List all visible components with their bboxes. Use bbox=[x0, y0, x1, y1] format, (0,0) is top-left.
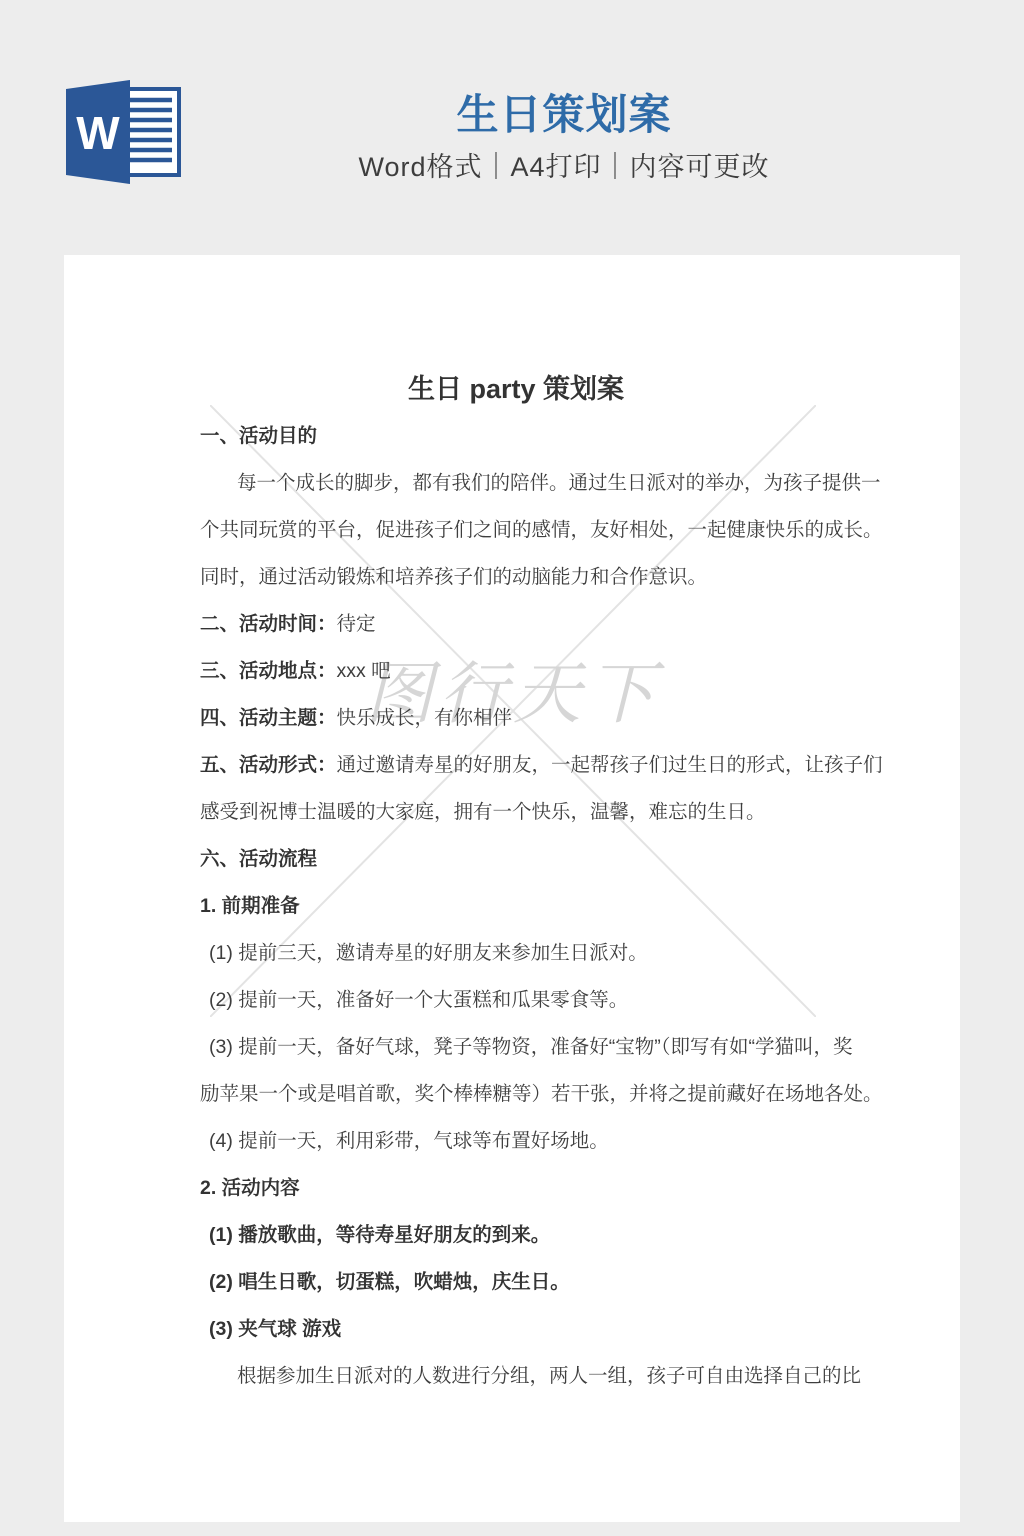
doc-line: 每一个成长的脚步，都有我们的陪伴。通过生日派对的举办，为孩子提供一 bbox=[200, 460, 848, 507]
text-run: 待定 bbox=[337, 613, 376, 635]
doc-line: 一、活动目的 bbox=[200, 413, 848, 460]
text-run: 二、活动时间： bbox=[200, 613, 337, 635]
text-run: 四、活动主题： bbox=[200, 707, 337, 729]
text-run: 快乐成长，有你相伴 bbox=[337, 707, 513, 729]
doc-line: (1) 播放歌曲，等待寿星好朋友的到来。 bbox=[200, 1212, 848, 1259]
text-run: (3) 提前一天，备好气球，凳子等物资，准备好“宝物”（即写有如“学猫叫，奖 bbox=[209, 1036, 852, 1058]
doc-line: (3) 提前一天，备好气球，凳子等物资，准备好“宝物”（即写有如“学猫叫，奖 bbox=[200, 1024, 848, 1071]
text-run: (1) 提前三天，邀请寿星的好朋友来参加生日派对。 bbox=[209, 942, 648, 964]
doc-line: 四、活动主题：快乐成长，有你相伴 bbox=[200, 695, 848, 742]
header-text-block: 生日策划案 Word格式｜A4打印｜内容可更改 bbox=[104, 92, 1024, 182]
text-run: (2) 提前一天，准备好一个大蛋糕和瓜果零食等。 bbox=[209, 989, 628, 1011]
header-title: 生日策划案 bbox=[104, 92, 1024, 138]
doc-line: (2) 提前一天，准备好一个大蛋糕和瓜果零食等。 bbox=[200, 977, 848, 1024]
document-page: 图行天下 生日 party 策划案 一、活动目的每一个成长的脚步，都有我们的陪伴… bbox=[64, 255, 960, 1522]
text-run: 根据参加生日派对的人数进行分组，两人一组，孩子可自由选择自己的比 bbox=[237, 1365, 861, 1387]
doc-line: (1) 提前三天，邀请寿星的好朋友来参加生日派对。 bbox=[200, 930, 848, 977]
doc-body: 一、活动目的每一个成长的脚步，都有我们的陪伴。通过生日派对的举办，为孩子提供一个… bbox=[200, 413, 848, 1400]
text-run: 励苹果一个或是唱首歌，奖个棒棒糖等）若干张，并将之提前藏好在场地各处。 bbox=[200, 1083, 883, 1105]
text-run: 2. 活动内容 bbox=[200, 1177, 300, 1199]
header-subtitle: Word格式｜A4打印｜内容可更改 bbox=[104, 152, 1024, 182]
text-run: 六、活动流程 bbox=[200, 848, 317, 870]
template-preview-page: W 生日策划案 Word格式｜A4打印｜内容可更改 图行天下 生日 party … bbox=[0, 0, 1024, 1536]
text-run: 同时，通过活动锻炼和培养孩子们的动脑能力和合作意识。 bbox=[200, 566, 707, 588]
text-run: 每一个成长的脚步，都有我们的陪伴。通过生日派对的举办，为孩子提供一 bbox=[237, 472, 881, 494]
text-run: 个共同玩赏的平台，促进孩子们之间的感情，友好相处，一起健康快乐的成长。 bbox=[200, 519, 883, 541]
text-run: 三、活动地点： bbox=[200, 660, 337, 682]
doc-title: 生日 party 策划案 bbox=[200, 365, 832, 413]
doc-line: 1. 前期准备 bbox=[200, 883, 848, 930]
doc-line: 根据参加生日派对的人数进行分组，两人一组，孩子可自由选择自己的比 bbox=[200, 1353, 848, 1400]
doc-line: 三、活动地点：xxx 吧 bbox=[200, 648, 848, 695]
text-run: (4) 提前一天，利用彩带，气球等布置好场地。 bbox=[209, 1130, 609, 1152]
text-run: 1. 前期准备 bbox=[200, 895, 300, 917]
doc-line: (3) 夹气球 游戏 bbox=[200, 1306, 848, 1353]
doc-line: 二、活动时间：待定 bbox=[200, 601, 848, 648]
text-run: 通过邀请寿星的好朋友，一起帮孩子们过生日的形式，让孩子们 bbox=[337, 754, 883, 776]
doc-line: 励苹果一个或是唱首歌，奖个棒棒糖等）若干张，并将之提前藏好在场地各处。 bbox=[200, 1071, 848, 1118]
text-run: (2) 唱生日歌，切蛋糕，吹蜡烛，庆生日。 bbox=[209, 1271, 570, 1293]
text-run: 感受到祝博士温暖的大家庭，拥有一个快乐，温馨，难忘的生日。 bbox=[200, 801, 766, 823]
doc-line: 五、活动形式：通过邀请寿星的好朋友，一起帮孩子们过生日的形式，让孩子们 bbox=[200, 742, 848, 789]
doc-line: 个共同玩赏的平台，促进孩子们之间的感情，友好相处，一起健康快乐的成长。 bbox=[200, 507, 848, 554]
text-run: 一、活动目的 bbox=[200, 425, 317, 447]
text-run: (1) 播放歌曲，等待寿星好朋友的到来。 bbox=[209, 1224, 550, 1246]
text-run: 五、活动形式： bbox=[200, 754, 337, 776]
header: W 生日策划案 Word格式｜A4打印｜内容可更改 bbox=[0, 0, 1024, 255]
doc-line: (4) 提前一天，利用彩带，气球等布置好场地。 bbox=[200, 1118, 848, 1165]
text-run: (3) 夹气球 游戏 bbox=[209, 1318, 341, 1340]
doc-line: 同时，通过活动锻炼和培养孩子们的动脑能力和合作意识。 bbox=[200, 554, 848, 601]
doc-line: 六、活动流程 bbox=[200, 836, 848, 883]
doc-line: (2) 唱生日歌，切蛋糕，吹蜡烛，庆生日。 bbox=[200, 1259, 848, 1306]
doc-line: 2. 活动内容 bbox=[200, 1165, 848, 1212]
doc-line: 感受到祝博士温暖的大家庭，拥有一个快乐，温馨，难忘的生日。 bbox=[200, 789, 848, 836]
text-run: xxx 吧 bbox=[337, 660, 391, 682]
